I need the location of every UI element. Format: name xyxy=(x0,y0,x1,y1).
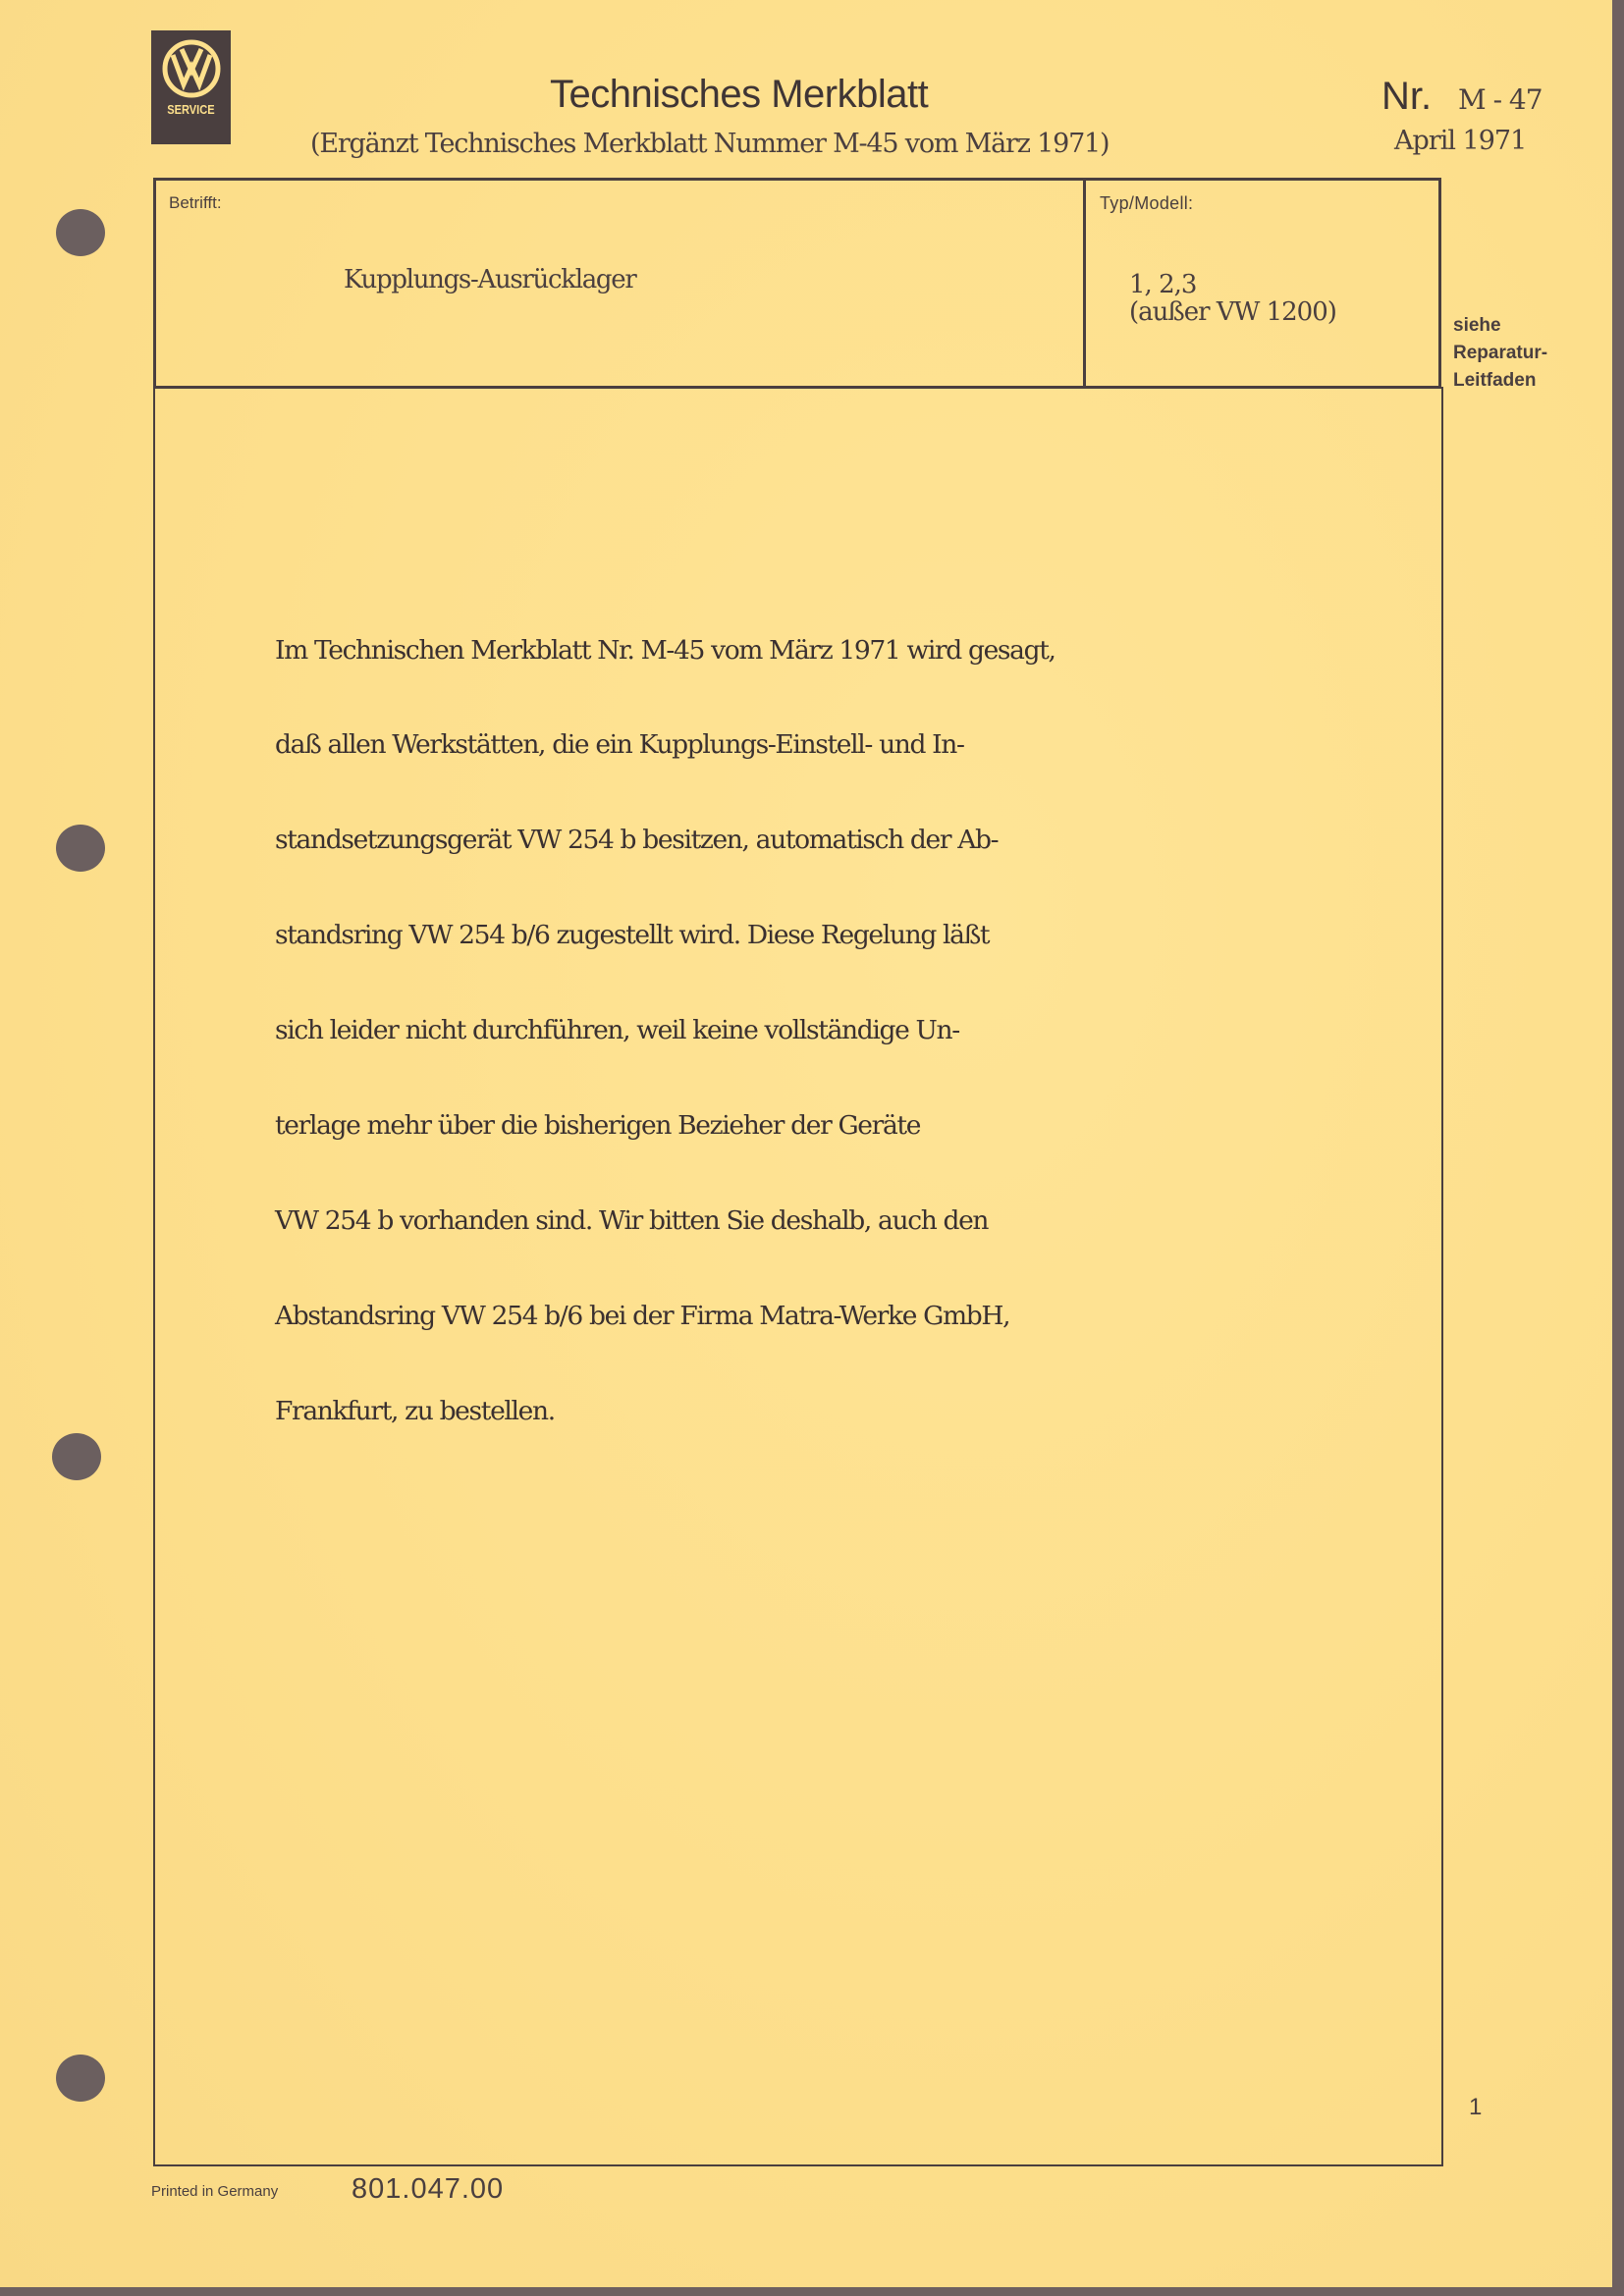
vw-service-logo: SERVICE xyxy=(151,30,231,144)
body-text: Im Technischen Merkblatt Nr. M-45 vom Mä… xyxy=(275,571,1404,1459)
scan-margin-bottom xyxy=(0,2287,1624,2296)
info-box-divider xyxy=(1083,178,1086,389)
scan-margin-right xyxy=(1612,0,1624,2296)
vw-emblem-icon xyxy=(162,39,221,98)
body-line: Abstandsring VW 254 b/6 bei der Firma Ma… xyxy=(275,1301,1404,1332)
punch-hole xyxy=(56,2055,105,2102)
document-subtitle: (Ergänzt Technisches Merkblatt Nummer M-… xyxy=(310,129,1109,159)
body-line: standsring VW 254 b/6 zugestellt wird. D… xyxy=(275,920,1404,951)
body-line: sich leider nicht durchführen, weil kein… xyxy=(275,1015,1404,1046)
model-label: Typ/Modell: xyxy=(1100,193,1193,214)
number-value: M - 47 xyxy=(1458,83,1543,116)
model-value-line1: 1, 2,3 xyxy=(1129,270,1196,299)
body-line: standsetzungsgerät VW 254 b besitzen, au… xyxy=(275,825,1404,856)
side-note-line: Leitfaden xyxy=(1453,367,1547,395)
model-value-line2: (außer VW 1200) xyxy=(1129,297,1336,327)
punch-hole xyxy=(52,1433,101,1480)
order-number: 801.047.00 xyxy=(352,2173,504,2206)
body-line: Frankfurt, zu bestellen. xyxy=(275,1396,1404,1427)
side-note-line: Reparatur- xyxy=(1453,340,1547,367)
punch-hole xyxy=(56,825,105,872)
page-number: 1 xyxy=(1469,2094,1482,2121)
body-line: VW 254 b vorhanden sind. Wir bitten Sie … xyxy=(275,1205,1404,1237)
subject-label: Betrifft: xyxy=(169,193,222,213)
body-line: terlage mehr über die bisherigen Beziehe… xyxy=(275,1110,1404,1142)
body-line: Im Technischen Merkblatt Nr. M-45 vom Mä… xyxy=(275,635,1404,667)
document-title: Technisches Merkblatt xyxy=(550,73,928,117)
body-line: daß allen Werkstätten, die ein Kupplungs… xyxy=(275,729,1404,761)
number-label: Nr. xyxy=(1381,75,1432,119)
punch-hole xyxy=(56,209,105,256)
service-label: SERVICE xyxy=(167,102,214,117)
printed-in-label: Printed in Germany xyxy=(151,2183,278,2200)
document-date: April 1971 xyxy=(1394,126,1526,156)
side-note-line: siehe xyxy=(1453,312,1547,340)
subject-value: Kupplungs-Ausrücklager xyxy=(344,265,636,294)
side-note: siehe Reparatur- Leitfaden xyxy=(1453,312,1547,395)
